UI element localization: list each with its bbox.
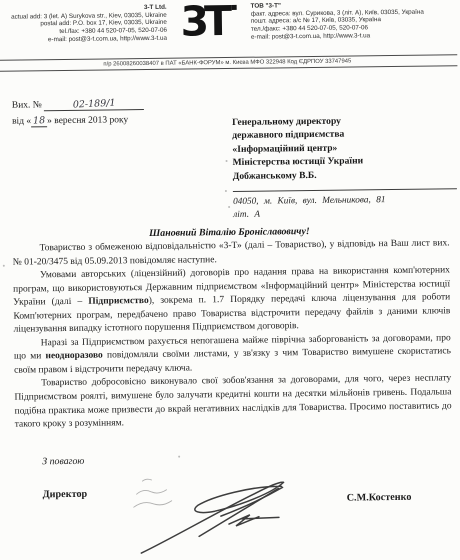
addressee-rule <box>233 188 457 192</box>
email-en: e-mail: post@3-t.com.ua, http://www.3-t.… <box>0 35 167 45</box>
outgoing-number-label: Вих. № <box>12 100 42 110</box>
date-suffix: » вересня 2013 року <box>47 115 128 126</box>
paragraph-3-bold-term: неодноразово <box>45 351 102 362</box>
scan-content: 3-T Ltd. actual add: 3 (let. A) Surykova… <box>0 0 460 560</box>
closing-regards: З повагою <box>42 456 84 468</box>
paragraph-2-bold-term: Підприємство <box>88 296 148 307</box>
scan-speck <box>178 456 180 458</box>
letterhead: 3-T Ltd. actual add: 3 (let. A) Surykova… <box>0 0 457 48</box>
body-paragraph-4: Товариство добросовісно виконувало свої … <box>14 373 452 433</box>
logo-dot-icon <box>232 5 237 10</box>
scan-speck <box>228 206 230 208</box>
scan-speck <box>226 160 228 162</box>
date-prefix: від « <box>12 116 31 126</box>
date-day-handwritten: 18 <box>33 115 46 127</box>
addressee-block: Генеральному директору державного підпри… <box>232 113 457 221</box>
addressee-address: 04050, м. Київ, вул. Мельникова, 81 літ.… <box>233 193 457 221</box>
outgoing-number-handwritten: 02-189/1 <box>73 98 116 111</box>
logo-text: 3T <box>180 0 227 46</box>
reference-block: Вих. № 02-189/1 від «18» вересня 2013 ро… <box>12 98 145 132</box>
signer-position: Директор <box>43 489 88 501</box>
body-paragraph-3: Наразі за Підприємством рахується непога… <box>14 332 451 378</box>
scan-speck <box>225 190 227 192</box>
letter-body: Товариство з обмеженою відповідальністю … <box>13 237 452 432</box>
signature-handwritten <box>102 450 373 559</box>
letterhead-left-en: 3-T Ltd. actual add: 3 (let. A) Surykova… <box>0 4 167 45</box>
email-ua: e-mail: post@3-t.com.ua, http://www.3-t.… <box>251 31 457 41</box>
company-logo: 3T <box>167 0 242 43</box>
letterhead-divider: п/р 26008260038407 в ПАТ «БАНК-ФОРУМ» м.… <box>0 54 457 72</box>
addressee-line: Добжанському В.Б. <box>233 167 457 183</box>
outgoing-number-row: Вих. № 02-189/1 <box>12 98 144 112</box>
date-day-field: 18 <box>31 115 47 127</box>
body-paragraph-2: Умовами авторських (ліцензійний) договор… <box>13 264 451 337</box>
letterhead-right-ua: ТОВ "3-Т" факт. адреса: вул. Сурикова, 3… <box>241 0 457 41</box>
outgoing-number-field: 02-189/1 <box>44 98 144 111</box>
scanned-letter-page: 3-T Ltd. actual add: 3 (let. A) Surykova… <box>0 0 460 560</box>
date-row: від «18» вересня 2013 року <box>12 114 144 128</box>
scan-speck <box>3 265 5 267</box>
